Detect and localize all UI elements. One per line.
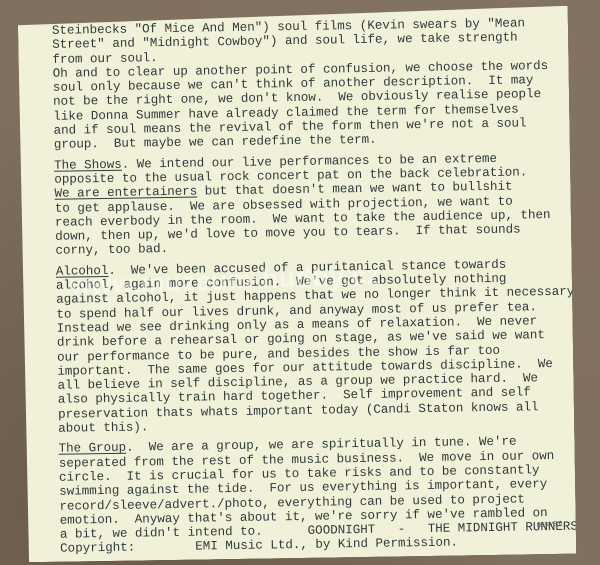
intro-paragraph: Steinbecks "Of Mice And Men") soul films… [52,16,564,153]
sheet-text: Steinbecks "Of Mice And Men") soul films… [52,16,570,557]
entertainers-underline: We are entertainers [54,185,197,201]
shows-heading: The Shows [54,157,122,172]
group-heading: The Group [58,441,126,456]
lyric-sheet: Steinbecks "Of Mice And Men") soul films… [18,6,577,563]
alcohol-heading: Alcohol [56,264,109,279]
group-section: The Group. We are a group, we are spirit… [58,434,570,542]
alcohol-section: Alcohol. We've been accused of a puritan… [56,257,569,437]
shows-section: The Shows. We intend our live performanc… [54,150,566,258]
